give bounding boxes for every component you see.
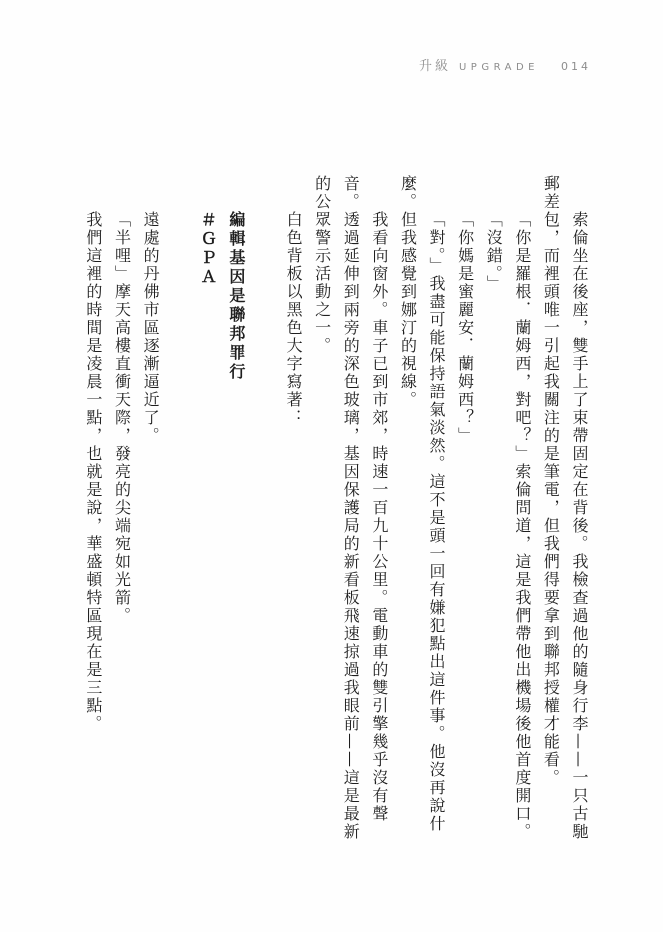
running-head: 升級 UPGRADE 014 (419, 55, 591, 74)
book-title-zh: 升級 (419, 55, 451, 74)
paragraph: 「你媽是蜜麗安．蘭姆西？」 (450, 175, 479, 845)
paragraph: 「你是羅根．蘭姆西，對吧？」索倫問道，這是我們帶他出機場後他首度開口。 (507, 175, 536, 845)
paragraph: 「半哩」摩天高樓直衝天際，發亮的尖端宛如光箭。 (107, 175, 136, 845)
billboard-line: 編輯基因是聯邦罪行 (221, 175, 250, 845)
page-number: 014 (561, 60, 591, 73)
book-title-en: UPGRADE (459, 62, 539, 73)
vertical-text-block: 索倫坐在後座，雙手上了束帶固定在背後。我檢查過他的隨身行李——一只古馳郵差包，而… (78, 175, 593, 845)
paragraph: 我看向窗外。車子已到市郊，時速一百九十公里。電動車的雙引擎幾乎沒有聲音。透過延伸… (307, 175, 393, 845)
paragraph: 「對。」我盡可能保持語氣淡然。這不是頭一回有嫌犯點出這件事。他沒再說什麼。但我感… (393, 175, 450, 845)
paragraph: 「沒錯。」 (479, 175, 508, 845)
paragraph: 遠處的丹佛市區逐漸逼近了。 (136, 175, 165, 845)
paragraph: 我們這裡的時間是凌晨一點，也就是說，華盛頓特區現在是三點。 (78, 175, 107, 845)
billboard-line: ＃ＧＰＡ (193, 175, 222, 845)
paragraph: 白色背板以黑色大字寫著： (278, 175, 307, 845)
paragraph: 索倫坐在後座，雙手上了束帶固定在背後。我檢查過他的隨身行李——一只古馳郵差包，而… (536, 175, 593, 845)
book-page: 升級 UPGRADE 014 索倫坐在後座，雙手上了束帶固定在背後。我檢查過他的… (0, 0, 663, 932)
